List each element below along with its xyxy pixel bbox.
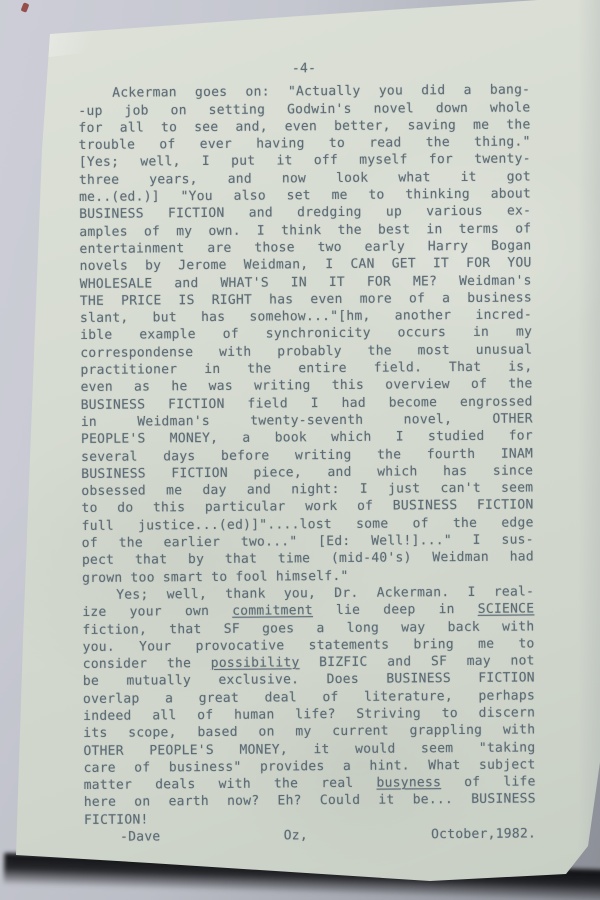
text-line: pect that by that time (mid-40's) Weidma… bbox=[82, 549, 534, 570]
text-body: Ackerman goes on: "Actually you did a ba… bbox=[78, 82, 536, 829]
paper-page: -4- Ackerman goes on: "Actually you did … bbox=[0, 0, 600, 900]
paragraph: Yes; well, thank you, Dr. Ackerman. I re… bbox=[82, 583, 536, 829]
red-speck bbox=[21, 2, 30, 13]
text-line: here on earth now? Eh? Could it be... BU… bbox=[84, 791, 536, 812]
paragraph: Ackerman goes on: "Actually you did a ba… bbox=[78, 82, 534, 587]
signature-line: -Dave Oz, October,1982. bbox=[84, 825, 536, 846]
corner-fold bbox=[41, 24, 113, 57]
page-number: -4- bbox=[78, 58, 530, 79]
photo-background: -4- Ackerman goes on: "Actually you did … bbox=[0, 0, 600, 900]
typewritten-text: -4- Ackerman goes on: "Actually you did … bbox=[78, 58, 536, 846]
